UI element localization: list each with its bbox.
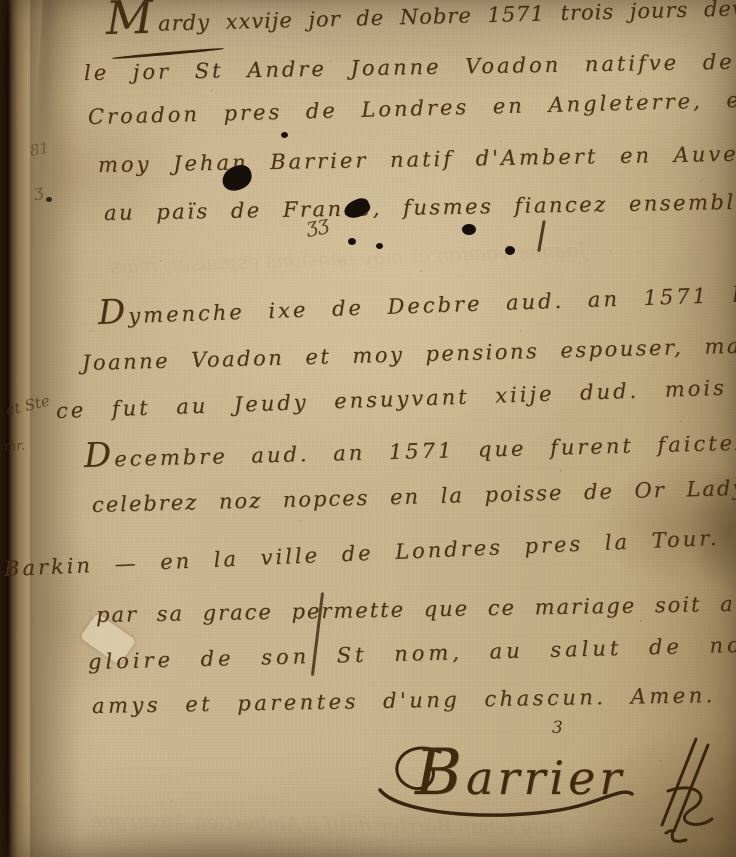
entry2-line: Dymenche ixe de Decbre aud. an 1571 ladt…	[97, 273, 736, 332]
margin-note: et Ste	[4, 391, 52, 419]
entry2-line: par sa grace permette que ce mariage soi…	[96, 588, 736, 630]
entry2-line: celebrez noz nopces en la poisse de Or L…	[92, 471, 736, 520]
entry1-line: Mardy xxvije jor de Nobre 1571 trois jou…	[106, 0, 736, 40]
descender-flourish: ʒʒ	[304, 210, 330, 238]
ink-speck	[46, 197, 52, 202]
entry1-line-text: ardy xxvije jor de Nobre 1571 trois jour…	[158, 0, 736, 36]
gutter-shadow	[30, 0, 82, 857]
entry2-line: ce fut au Jeudy ensuyvant xiije dud. moi…	[55, 371, 736, 426]
pen-stroke	[537, 220, 545, 252]
margin-mark: 81	[28, 139, 50, 160]
margin-note: mr.	[3, 439, 25, 455]
manuscript-page: Joanne Voadon et moy pensions espouser, …	[0, 0, 736, 857]
entry2-line: Joanne Voadon et moy pensions espouser, …	[82, 330, 736, 378]
initial-capital: M	[105, 0, 155, 45]
entry2-line: Barkin — en la ville de Londres pres la …	[3, 519, 736, 584]
entry2-line: Decembre aud. an 1571 que furent faictez…	[84, 422, 736, 475]
margin-mark: ʒ	[33, 181, 45, 201]
entry1-line: Croadon pres de Londres en Angleterre, e…	[88, 85, 736, 132]
ink-speck	[348, 238, 356, 245]
signature-mark: 3	[552, 718, 563, 738]
entry1-line: au païs de France, fusmes fiancez ensemb…	[104, 187, 736, 228]
ink-speck	[376, 243, 383, 249]
ink-speck	[281, 132, 288, 138]
entry2-line: amys et parentes d'ung chascun. Amen.	[92, 680, 716, 721]
ink-speck	[505, 246, 515, 255]
entry2-line: gloire de son St nom, au salut de noz	[88, 629, 736, 677]
entry1-line: moy Jehan Barrier natif d'Ambert en Auve…	[98, 138, 736, 180]
signature-underline-flourish	[372, 780, 637, 830]
parchment-specks	[0, 0, 2, 2]
ink-blot	[462, 224, 476, 235]
signature-paraph-flourish	[650, 733, 728, 851]
